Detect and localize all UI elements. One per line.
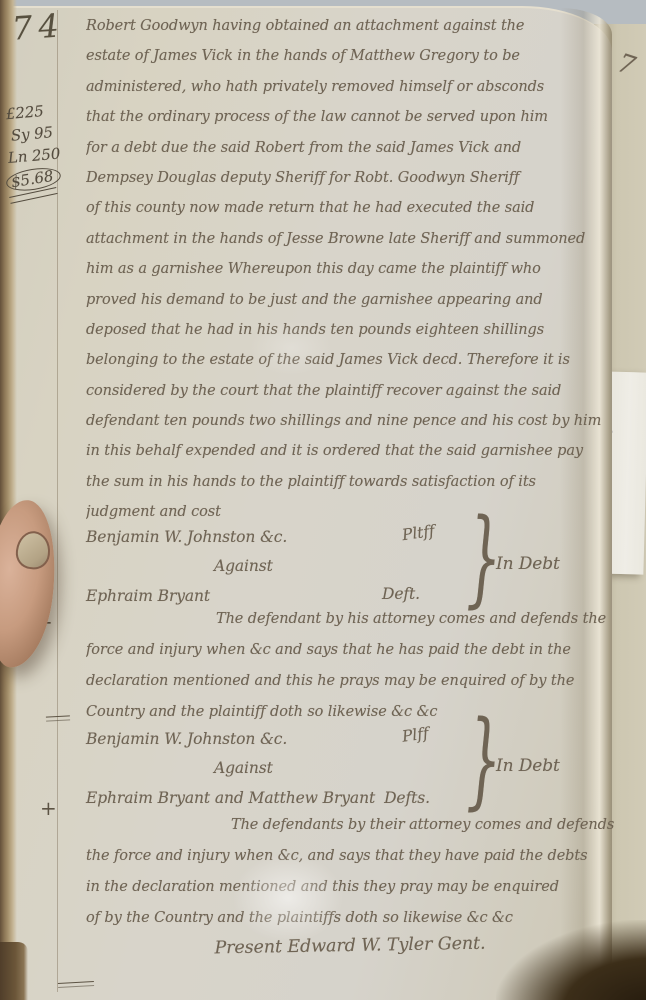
plaintiff-name: Benjamin W. Johnston &c. [86, 730, 287, 748]
record-line: of this county now made return that he h… [86, 200, 609, 230]
plea-line: The defendants by their attorney comes a… [86, 817, 614, 848]
plea-line: declaration mentioned and this he prays … [86, 673, 614, 704]
page-corner-shadow [496, 920, 646, 1000]
plea-line: force and injury when &c and says that h… [86, 642, 614, 673]
record-line: attachment in the hands of Jesse Browne … [86, 231, 609, 261]
thumb-nail [14, 529, 52, 571]
page-number: 74 [11, 6, 66, 48]
defendant-role-label: Defts. [384, 789, 430, 807]
camera-glare-spot [246, 318, 336, 378]
defendant-name: Ephraim Bryant [86, 587, 210, 605]
book-binding-corner [0, 942, 28, 1000]
plaintiff-name: Benjamin W. Johnston &c. [86, 528, 287, 546]
action-type-label: In Debt [496, 554, 560, 574]
record-line: the sum in his hands to the plaintiff to… [86, 474, 609, 504]
record-line: Robert Goodwyn having obtained an attach… [86, 18, 609, 48]
camera-glare-spot [228, 850, 348, 946]
record-line: Dempsey Douglas deputy Sheriff for Robt.… [86, 170, 609, 200]
plaintiff-role-label: Pltff [401, 522, 436, 544]
record-line: him as a garnishee Whereupon this day ca… [86, 261, 609, 291]
case-caption-two: Benjamin W. Johnston &c. Plff Against Ep… [86, 726, 586, 822]
margin-cross-mark: + [40, 796, 57, 820]
versus-label: Against [214, 557, 273, 575]
manuscript-photo: 7 46 151 '59 74 £225 Sy 95 Ln 250 $5.68 … [0, 0, 646, 1000]
record-line: in this behalf expended and it is ordere… [86, 443, 609, 473]
case-caption-one: Benjamin W. Johnston &c. Pltff Against E… [86, 524, 586, 620]
plea-line: the force and injury when &c, and says t… [86, 848, 614, 879]
record-line: for a debt due the said Robert from the … [86, 140, 609, 170]
versus-label: Against [214, 759, 273, 777]
attachment-record-text: Robert Goodwyn having obtained an attach… [86, 18, 609, 535]
record-line: administered, who hath privately removed… [86, 79, 609, 109]
record-line: belonging to the estate of the said Jame… [86, 352, 609, 382]
action-type-label: In Debt [496, 756, 560, 776]
defendant-role-label: Deft. [382, 585, 420, 603]
plea-line: The defendant by his attorney comes and … [86, 611, 614, 642]
record-line: deposed that he had in his hands ten pou… [86, 322, 609, 352]
record-line: defendant ten pounds two shillings and n… [86, 413, 609, 443]
record-line: estate of James Vick in the hands of Mat… [86, 48, 609, 78]
facing-page-number-mark: 7 [614, 48, 639, 82]
record-line: that the ordinary process of the law can… [86, 109, 609, 139]
record-line: considered by the court that the plainti… [86, 383, 609, 413]
margin-account-figures: £225 Sy 95 Ln 250 $5.68 [6, 102, 80, 190]
plea-text-one: The defendant by his attorney comes and … [86, 611, 614, 735]
record-line: proved his demand to be just and the gar… [86, 292, 609, 322]
plea-line: in the declaration mentioned and this th… [86, 879, 614, 910]
plaintiff-role-label: Plff [401, 724, 430, 746]
defendant-names: Ephraim Bryant and Matthew BryantDefts. [86, 789, 430, 807]
